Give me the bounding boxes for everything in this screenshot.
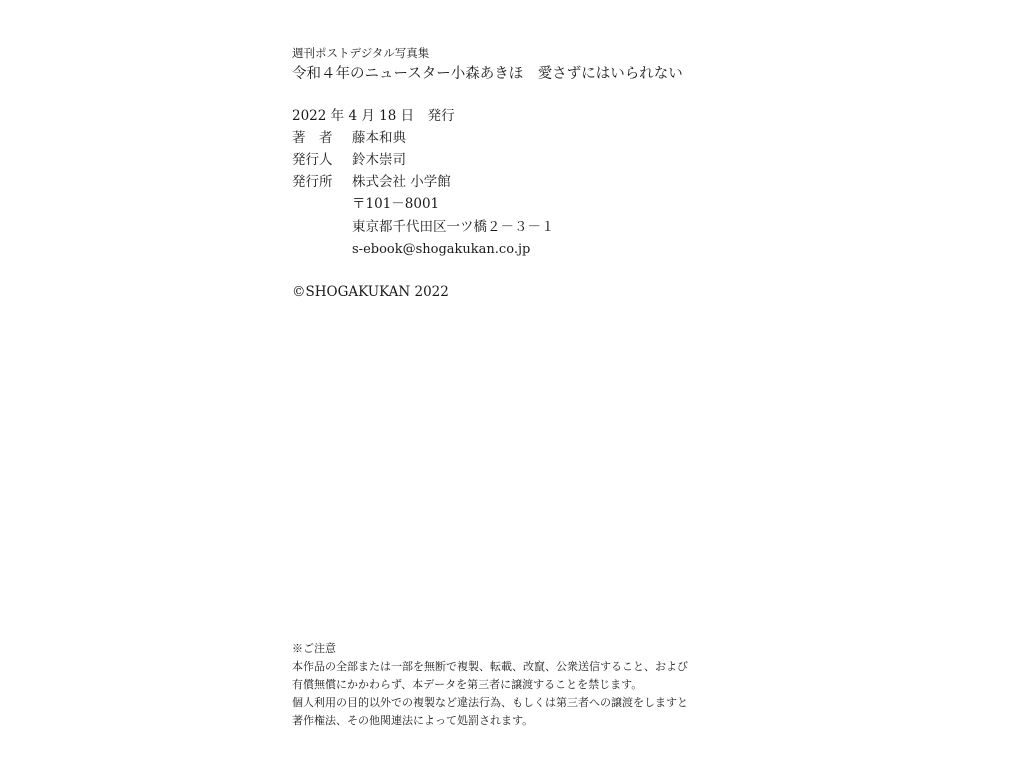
author-name: 藤本和典 bbox=[352, 130, 406, 146]
notice-line: 個人利用の目的以外での複製など違法行為、もしくは第三者への譲渡をしますと bbox=[292, 694, 688, 712]
author-row: 著 者藤本和典 bbox=[292, 132, 406, 146]
book-title: 令和４年のニュースター小森あきほ 愛さずにはいられない bbox=[292, 67, 683, 82]
issuer-row: 発行人鈴木崇司 bbox=[292, 154, 406, 168]
publisher-name: 株式会社 小学館 bbox=[352, 174, 451, 190]
legal-notice: ※ご注意 本作品の全部または一部を無断で複製、転載、改竄、公衆送信すること、およ… bbox=[292, 640, 688, 730]
postal-code: 〒101－8001 bbox=[352, 198, 439, 212]
copyright: ©SHOGAKUKAN 2022 bbox=[292, 286, 449, 300]
notice-heading: ※ご注意 bbox=[292, 640, 688, 658]
author-label: 著 者 bbox=[292, 132, 352, 146]
issuer-name: 鈴木崇司 bbox=[352, 152, 406, 168]
series-name: 週刊ポストデジタル写真集 bbox=[292, 48, 429, 60]
publisher-row: 発行所株式会社 小学館 bbox=[292, 176, 451, 190]
publisher-label: 発行所 bbox=[292, 176, 352, 190]
publication-date: 2022 年 4 月 18 日 発行 bbox=[292, 110, 455, 124]
issuer-label: 発行人 bbox=[292, 154, 352, 168]
notice-line: 著作権法、その他関連法によって処罰されます。 bbox=[292, 712, 688, 730]
address: 東京都千代田区一ツ橋２－３－１ bbox=[352, 221, 555, 235]
contact-email: s-ebook@shogakukan.co.jp bbox=[352, 243, 530, 256]
notice-line: 有償無償にかかわらず、本データを第三者に譲渡することを禁じます。 bbox=[292, 676, 688, 694]
colophon-page: 週刊ポストデジタル写真集 令和４年のニュースター小森あきほ 愛さずにはいられない… bbox=[0, 0, 1022, 768]
notice-line: 本作品の全部または一部を無断で複製、転載、改竄、公衆送信すること、および bbox=[292, 658, 688, 676]
